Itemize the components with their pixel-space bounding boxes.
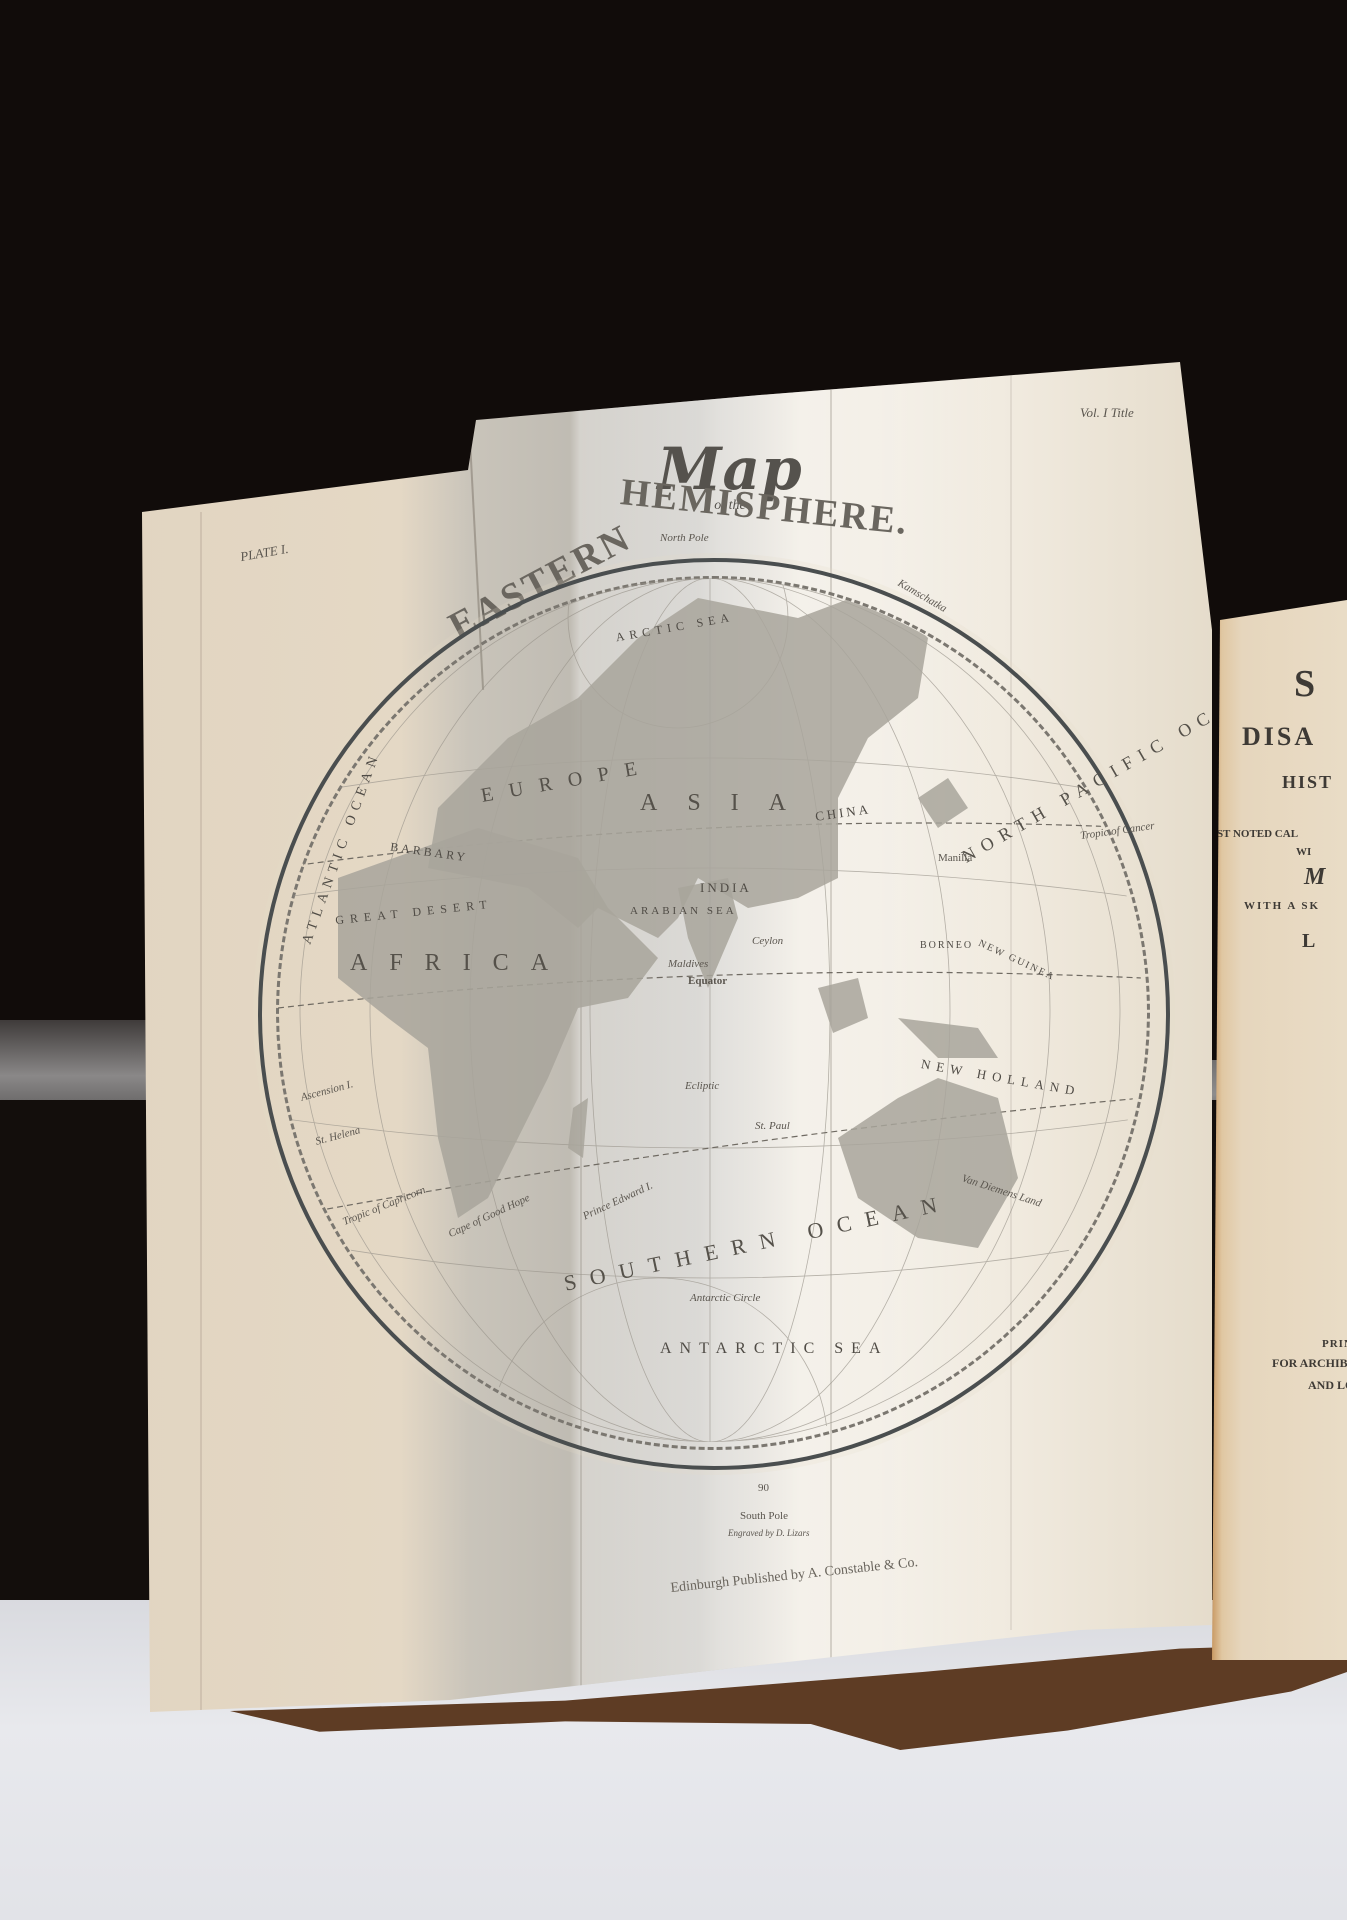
title-line-11: AND LO xyxy=(1308,1378,1347,1393)
fold-line xyxy=(200,512,202,1712)
label-asia: ASIA xyxy=(640,790,816,817)
madagascar-land xyxy=(568,1098,588,1158)
label-antarctic-circle: Antarctic Circle xyxy=(690,1292,760,1304)
title-line-5: WI xyxy=(1296,846,1311,858)
title-line-9: PRINT xyxy=(1322,1338,1347,1350)
title-line-2: DISA xyxy=(1242,722,1316,752)
pole-degree: 90 xyxy=(758,1482,769,1494)
place-ceylon: Ceylon xyxy=(752,935,783,947)
map-graticule xyxy=(278,578,1142,1442)
map-drawing xyxy=(278,578,1142,1442)
label-ecliptic: Ecliptic xyxy=(685,1080,719,1092)
borneo-land xyxy=(818,978,868,1033)
plate-label: PLATE I. xyxy=(239,541,290,565)
place-maldives: Maldives xyxy=(668,958,708,970)
title-line-10: FOR ARCHIBAL xyxy=(1272,1356,1347,1371)
place-st-paul: St. Paul xyxy=(755,1120,790,1132)
label-arabian-sea: ARABIAN SEA xyxy=(630,905,737,917)
title-line-8: L xyxy=(1302,930,1315,953)
engraver-credit: Engraved by D. Lizars xyxy=(728,1528,810,1538)
title-line-3: HIST xyxy=(1282,772,1333,793)
label-antarctic-sea: ANTARCTIC SEA xyxy=(660,1340,889,1358)
label-borneo: BORNEO xyxy=(920,940,973,951)
south-pole-label: South Pole xyxy=(740,1510,788,1522)
publisher-imprint: Edinburgh Published by A. Constable & Co… xyxy=(670,1555,919,1597)
title-line-7: WITH A SK xyxy=(1244,900,1320,912)
label-equator: Equator xyxy=(688,975,727,987)
title-line-6: M xyxy=(1304,864,1325,891)
label-india: INDIA xyxy=(700,880,752,896)
new-guinea-land xyxy=(898,1018,998,1058)
book-title-page: S DISA HIST MOST NOTED CAL WI M WITH A S… xyxy=(1212,600,1347,1660)
label-africa: AFRICA xyxy=(350,950,570,977)
corner-note: Vol. I Title xyxy=(1080,405,1134,421)
place-manilla: Manilla xyxy=(938,852,972,864)
title-line-1: S xyxy=(1294,662,1315,706)
north-pole-label: North Pole xyxy=(660,532,709,544)
